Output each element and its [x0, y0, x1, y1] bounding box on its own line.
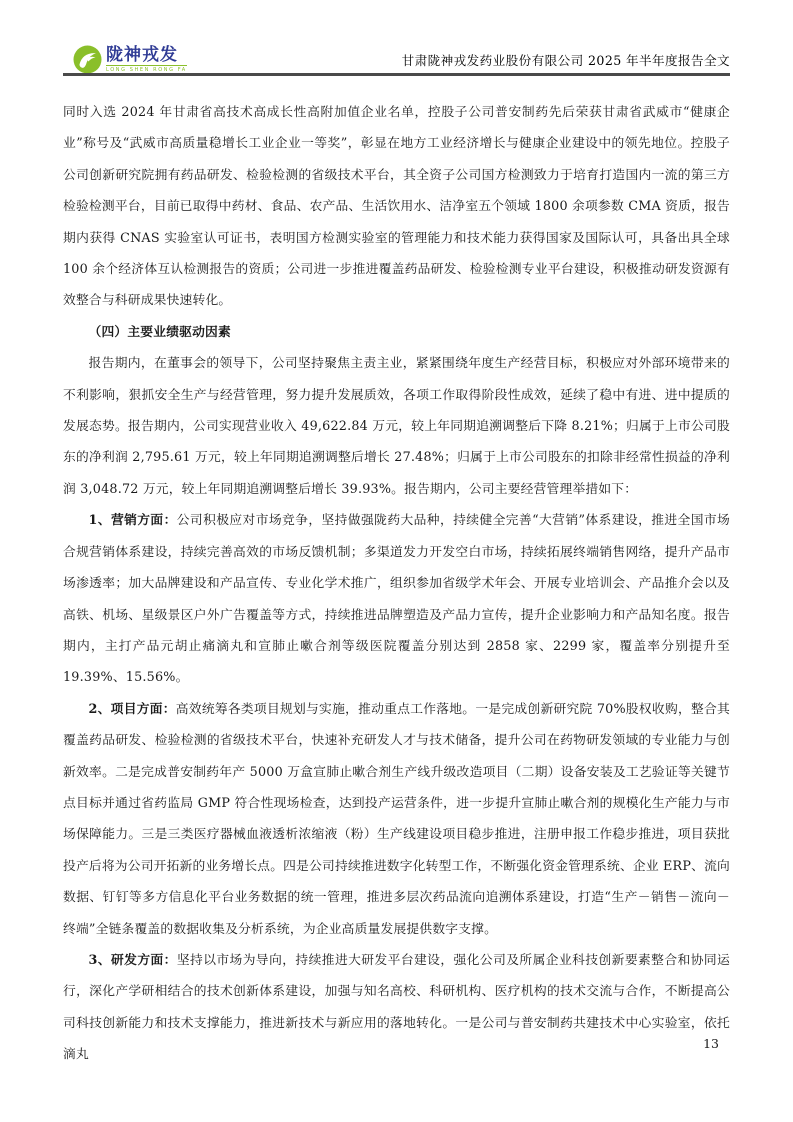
- paragraph-lead: 2、项目方面：: [89, 702, 176, 717]
- paragraph-text: 报告期内，在董事会的领导下，公司坚持聚焦主责主业，紧紧围绕年度生产经营目标，积极…: [63, 356, 730, 497]
- paragraph: 2、项目方面：高效统筹各类项目规划与实施，推动重点工作落地。一是完成创新研究院 …: [63, 694, 730, 945]
- company-logo: 陇神戎发 LONG SHEN RONG FA: [73, 45, 187, 74]
- header-divider: [63, 73, 730, 76]
- paragraph: 1、营销方面：公司积极应对市场竞争，坚持做强陇药大品种，持续健全完善“大营销”体…: [63, 505, 730, 693]
- paragraph-lead: 1、营销方面：: [89, 513, 177, 528]
- paragraph: 报告期内，在董事会的领导下，公司坚持聚焦主责主业，紧紧围绕年度生产经营目标，积极…: [63, 348, 730, 505]
- section-heading: （四）主要业绩驱动因素: [63, 317, 730, 348]
- paragraph-text: 公司积极应对市场竞争，坚持做强陇药大品种，持续健全完善“大营销”体系建设，推进全…: [63, 513, 730, 685]
- document-body: 同时入选 2024 年甘肃省高技术高成长性高附加值企业名单，控股子公司普安制药先…: [63, 97, 730, 1071]
- logo-name-cn: 陇神戎发: [106, 46, 187, 65]
- paragraph-text: 高效统筹各类项目规划与实施，推动重点工作落地。一是完成创新研究院 70%股权收购…: [63, 702, 730, 937]
- report-page: 陇神戎发 LONG SHEN RONG FA 甘肃陇神戎发药业股份有限公司 20…: [0, 0, 793, 1122]
- page-number: 13: [703, 1036, 719, 1051]
- paragraph: 3、研发方面：坚持以市场为导向，持续推进大研发平台建设，强化公司及所属企业科技创…: [63, 945, 730, 1071]
- paragraph: 同时入选 2024 年甘肃省高技术高成长性高附加值企业名单，控股子公司普安制药先…: [63, 97, 730, 317]
- report-title: 甘肃陇神戎发药业股份有限公司 2025 年半年度报告全文: [402, 50, 730, 69]
- logo-bird-icon: [73, 45, 102, 74]
- paragraph-text: 同时入选 2024 年甘肃省高技术高成长性高附加值企业名单，控股子公司普安制药先…: [63, 105, 730, 308]
- paragraph-text: 坚持以市场为导向，持续推进大研发平台建设，强化公司及所属企业科技创新要素整合和协…: [63, 953, 730, 1062]
- logo-text: 陇神戎发 LONG SHEN RONG FA: [106, 46, 187, 74]
- paragraph-text: （四）主要业绩驱动因素: [89, 325, 231, 340]
- page-header: 陇神戎发 LONG SHEN RONG FA 甘肃陇神戎发药业股份有限公司 20…: [63, 42, 730, 74]
- paragraph-lead: 3、研发方面：: [89, 953, 177, 968]
